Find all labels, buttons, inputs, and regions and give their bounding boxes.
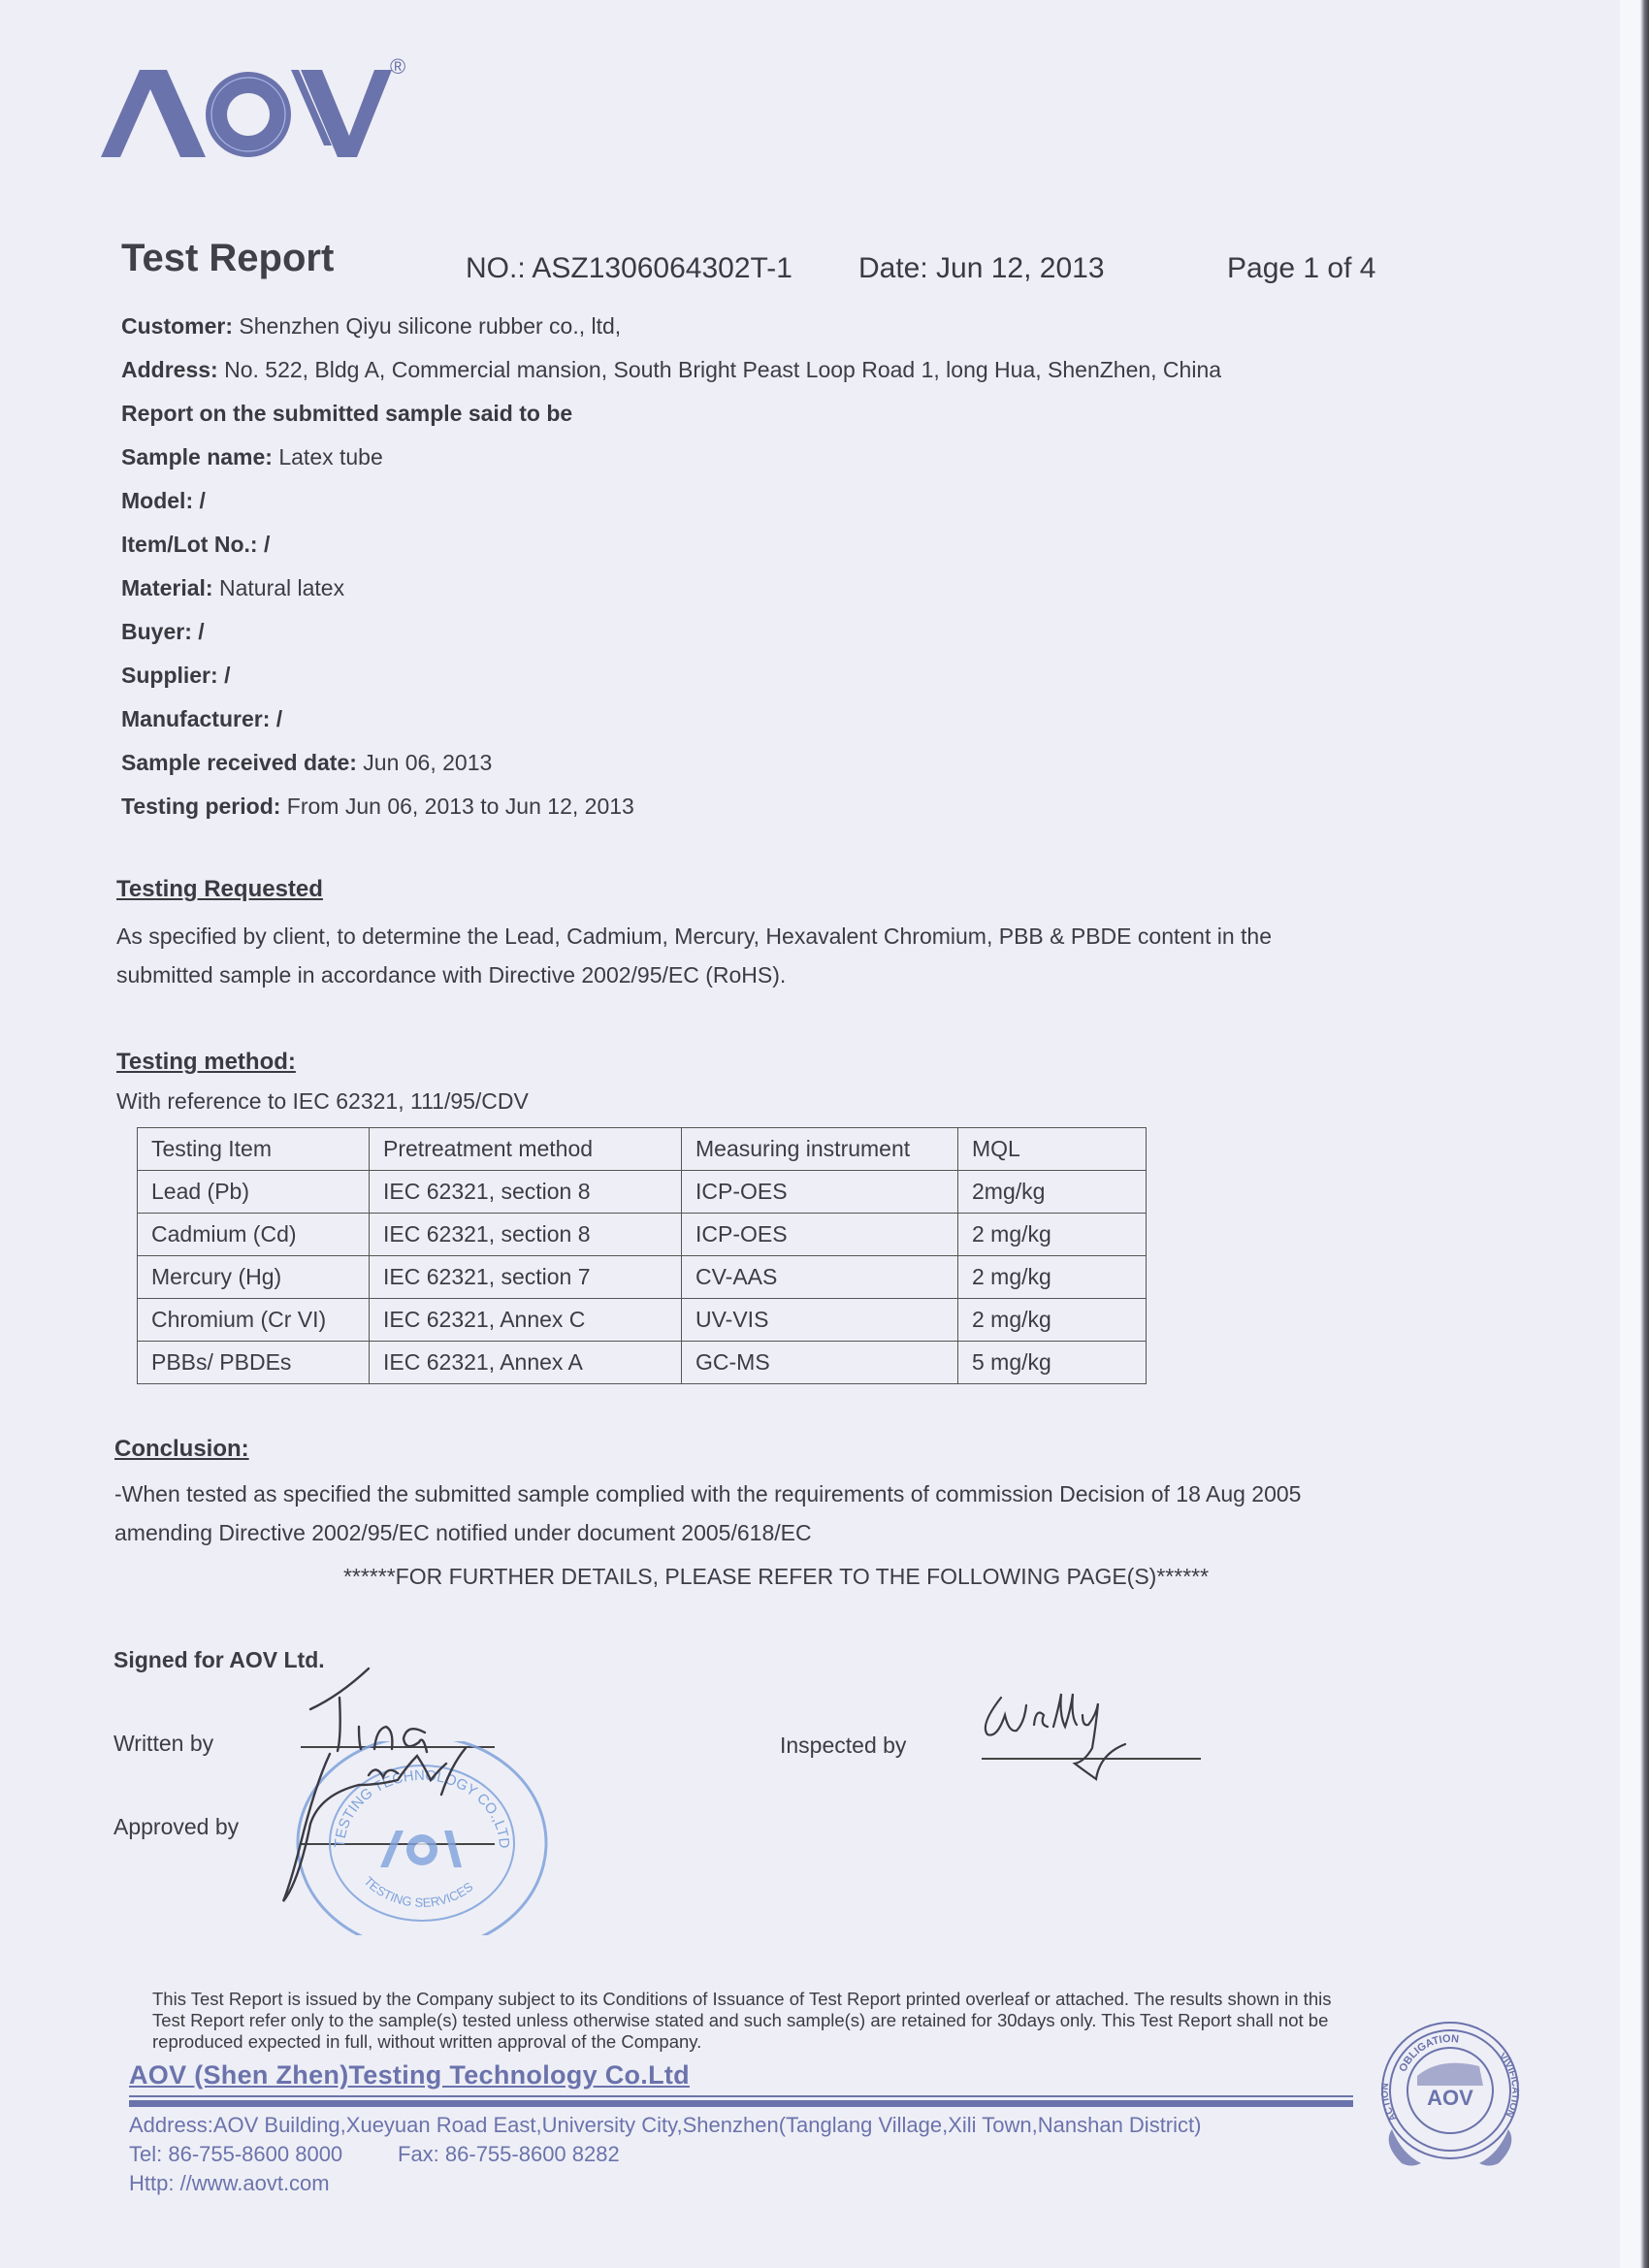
field-value: From Jun 06, 2013 to Jun 12, 2013 bbox=[287, 794, 634, 819]
field-label: Address: bbox=[121, 357, 218, 382]
disclaimer-line: reproduced expected in full, without wri… bbox=[152, 2031, 1471, 2053]
testing-method-reference: With reference to IEC 62321, 111/95/CDV bbox=[116, 1082, 1426, 1120]
company-address: Address:AOV Building,Xueyuan Road East,U… bbox=[129, 2113, 1201, 2138]
field-value: No. 522, Bldg A, Commercial mansion, Sou… bbox=[224, 357, 1221, 382]
table-cell: IEC 62321, section 8 bbox=[370, 1171, 682, 1214]
table-cell: ICP-OES bbox=[682, 1214, 958, 1256]
seal-logo-text: AOV bbox=[1427, 2086, 1473, 2110]
svg-text:VIVIFICATION: VIVIFICATION bbox=[1497, 2052, 1521, 2120]
testing-method-heading: Testing method: bbox=[116, 1049, 296, 1076]
report-title: Test Report bbox=[121, 237, 334, 280]
table-cell: IEC 62321, Annex C bbox=[370, 1299, 682, 1342]
table-cell: ICP-OES bbox=[682, 1171, 958, 1214]
seal-word-action: ACTION bbox=[1380, 2083, 1400, 2122]
paragraph-line: -When tested as specified the submitted … bbox=[114, 1474, 1424, 1513]
table-cell: IEC 62321, section 8 bbox=[370, 1214, 682, 1256]
testing-requested-text: As specified by client, to determine the… bbox=[116, 917, 1426, 994]
field-value: / bbox=[198, 619, 204, 644]
field-value: Latex tube bbox=[278, 444, 382, 470]
table-row: Cadmium (Cd) IEC 62321, section 8 ICP-OE… bbox=[138, 1214, 1147, 1256]
table-header-cell: Measuring instrument bbox=[682, 1128, 958, 1171]
field-label: Material: bbox=[121, 575, 213, 600]
field-label: Sample received date: bbox=[121, 750, 357, 775]
field-label: Customer: bbox=[121, 313, 233, 339]
table-row: Chromium (Cr VI) IEC 62321, Annex C UV-V… bbox=[138, 1299, 1147, 1342]
conclusion-heading: Conclusion: bbox=[114, 1436, 249, 1463]
table-cell: GC-MS bbox=[682, 1342, 958, 1384]
page-edge-shadow bbox=[1620, 0, 1649, 2268]
written-by-label: Written by bbox=[113, 1731, 213, 1757]
table-cell: Mercury (Hg) bbox=[138, 1256, 370, 1299]
field-label: Model: bbox=[121, 488, 193, 513]
table-cell: IEC 62321, Annex A bbox=[370, 1342, 682, 1384]
footer-divider-thin bbox=[129, 2095, 1353, 2097]
field-value: / bbox=[264, 532, 270, 557]
conclusion-text: -When tested as specified the submitted … bbox=[114, 1474, 1424, 1552]
field-sample-name: Sample name: Latex tube bbox=[121, 444, 383, 470]
table-cell: Chromium (Cr VI) bbox=[138, 1299, 370, 1342]
inspected-by-label: Inspected by bbox=[780, 1733, 906, 1759]
field-label: Supplier: bbox=[121, 663, 218, 688]
svg-text:ACTION: ACTION bbox=[1380, 2083, 1400, 2122]
page-indicator: Page 1 of 4 bbox=[1227, 252, 1375, 285]
table-cell: IEC 62321, section 7 bbox=[370, 1256, 682, 1299]
report-number: NO.: ASZ1306064302T-1 bbox=[466, 252, 792, 285]
table-row: PBBs/ PBDEs IEC 62321, Annex A GC-MS 5 m… bbox=[138, 1342, 1147, 1384]
field-value: / bbox=[276, 706, 282, 731]
field-model: Model: / bbox=[121, 488, 206, 514]
field-supplier: Supplier: / bbox=[121, 663, 230, 689]
disclaimer-line: Test Report refer only to the sample(s) … bbox=[152, 2010, 1471, 2031]
field-value: Jun 06, 2013 bbox=[363, 750, 492, 775]
report-date: Date: Jun 12, 2013 bbox=[858, 252, 1105, 285]
field-testing-period: Testing period: From Jun 06, 2013 to Jun… bbox=[121, 794, 634, 820]
footer-divider-thick bbox=[129, 2100, 1353, 2107]
disclaimer: This Test Report is issued by the Compan… bbox=[152, 1989, 1471, 2053]
table-header-cell: MQL bbox=[958, 1128, 1147, 1171]
field-manufacturer: Manufacturer: / bbox=[121, 706, 282, 732]
disclaimer-line: This Test Report is issued by the Compan… bbox=[152, 1989, 1471, 2010]
field-address: Address: No. 522, Bldg A, Commercial man… bbox=[121, 357, 1221, 383]
company-fax: Fax: 86-755-8600 8282 bbox=[398, 2142, 620, 2167]
table-header-row: Testing Item Pretreatment method Measuri… bbox=[138, 1128, 1147, 1171]
field-customer: Customer: Shenzhen Qiyu silicone rubber … bbox=[121, 313, 621, 340]
company-name: AOV (Shen Zhen)Testing Technology Co.Ltd bbox=[129, 2060, 690, 2090]
company-website: Http: //www.aovt.com bbox=[129, 2171, 330, 2196]
table-cell: PBBs/ PBDEs bbox=[138, 1342, 370, 1384]
registered-mark: ® bbox=[390, 54, 405, 80]
field-label: Report on the submitted sample said to b… bbox=[121, 401, 572, 426]
table-cell: CV-AAS bbox=[682, 1256, 958, 1299]
table-row: Lead (Pb) IEC 62321, section 8 ICP-OES 2… bbox=[138, 1171, 1147, 1214]
paragraph-line: amending Directive 2002/95/EC notified u… bbox=[114, 1513, 1424, 1552]
field-sample-received: Sample received date: Jun 06, 2013 bbox=[121, 750, 492, 776]
field-label: Manufacturer: bbox=[121, 706, 270, 731]
field-value: / bbox=[200, 488, 206, 513]
paragraph-line: submitted sample in accordance with Dire… bbox=[116, 956, 1426, 994]
approved-by-label: Approved by bbox=[113, 1814, 239, 1840]
table-cell: Lead (Pb) bbox=[138, 1171, 370, 1214]
testing-method-table: Testing Item Pretreatment method Measuri… bbox=[137, 1127, 1147, 1384]
company-tel: Tel: 86-755-8600 8000 bbox=[129, 2142, 342, 2167]
table-cell: UV-VIS bbox=[682, 1299, 958, 1342]
field-material: Material: Natural latex bbox=[121, 575, 344, 601]
written-by-signature bbox=[262, 1649, 524, 1911]
field-value: Natural latex bbox=[219, 575, 344, 600]
field-label: Buyer: bbox=[121, 619, 192, 644]
table-cell: 2 mg/kg bbox=[958, 1299, 1147, 1342]
aov-seal-emblem: OBLIGATION VIVIFICATION ACTION AOV bbox=[1363, 2018, 1537, 2173]
table-header-cell: Testing Item bbox=[138, 1128, 370, 1171]
field-item-lot: Item/Lot No.: / bbox=[121, 532, 270, 558]
table-cell: Cadmium (Cd) bbox=[138, 1214, 370, 1256]
table-cell: 2 mg/kg bbox=[958, 1214, 1147, 1256]
table-header-cell: Pretreatment method bbox=[370, 1128, 682, 1171]
field-buyer: Buyer: / bbox=[121, 619, 205, 645]
table-cell: 5 mg/kg bbox=[958, 1342, 1147, 1384]
table-row: Mercury (Hg) IEC 62321, section 7 CV-AAS… bbox=[138, 1256, 1147, 1299]
field-value: / bbox=[224, 663, 230, 688]
table-cell: 2 mg/kg bbox=[958, 1256, 1147, 1299]
field-label: Item/Lot No.: bbox=[121, 532, 258, 557]
inspected-by-signature bbox=[970, 1686, 1212, 1783]
aov-logo bbox=[101, 68, 392, 160]
field-label: Testing period: bbox=[121, 794, 280, 819]
field-label: Sample name: bbox=[121, 444, 273, 470]
paragraph-line: As specified by client, to determine the… bbox=[116, 917, 1426, 956]
field-report-on: Report on the submitted sample said to b… bbox=[121, 401, 572, 427]
table-cell: 2mg/kg bbox=[958, 1171, 1147, 1214]
further-details-note: ******FOR FURTHER DETAILS, PLEASE REFER … bbox=[0, 1564, 1552, 1590]
testing-requested-heading: Testing Requested bbox=[116, 876, 323, 903]
seal-word-vivification: VIVIFICATION bbox=[1497, 2052, 1521, 2120]
field-value: Shenzhen Qiyu silicone rubber co., ltd, bbox=[239, 313, 621, 339]
